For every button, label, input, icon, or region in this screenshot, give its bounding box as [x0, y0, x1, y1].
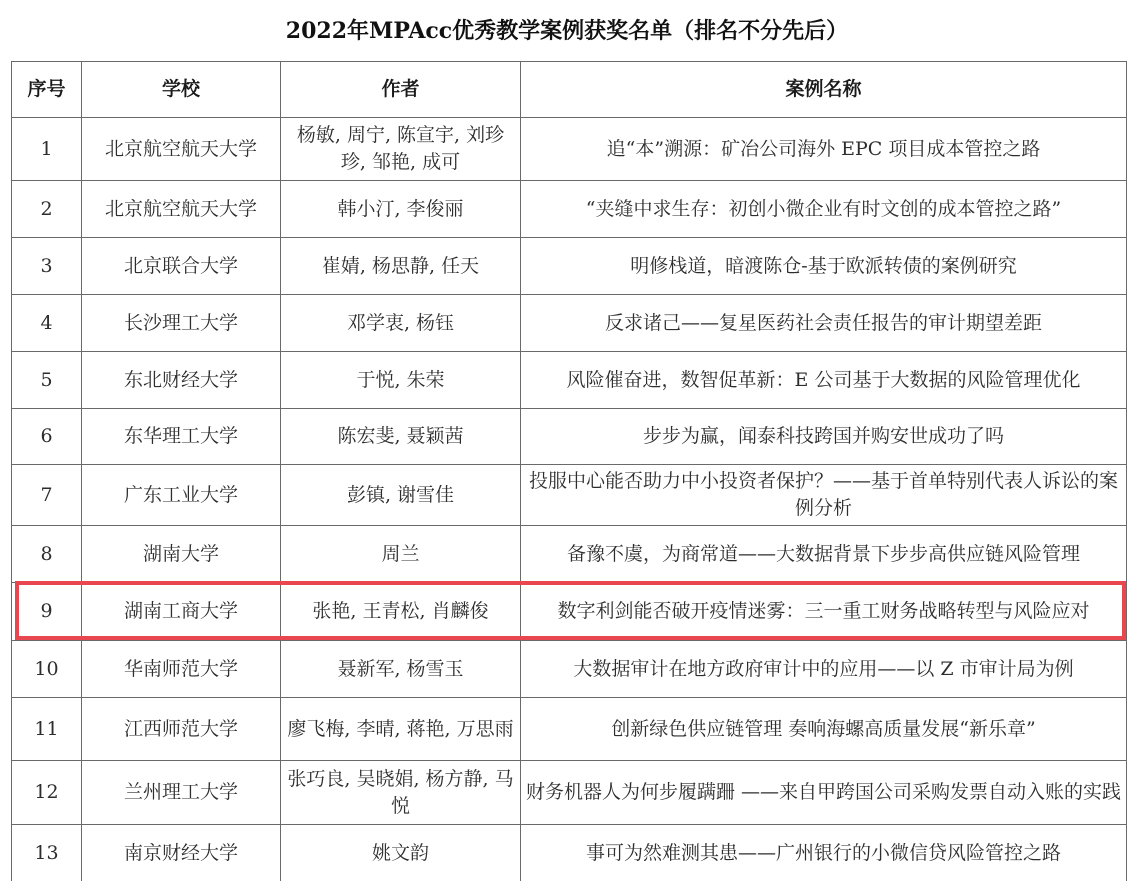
table-row: 10 华南师范大学 聂新军, 杨雪玉 大数据审计在地方政府审计中的应用——以 Z… [12, 641, 1127, 698]
cell-case-title: “夹缝中求生存：初创小微企业有时文创的成本管控之路” [521, 181, 1127, 238]
cell-authors: 杨敏, 周宁, 陈宣宇, 刘珍珍, 邹艳, 成可 [281, 118, 521, 181]
awards-table: 序号 学校 作者 案例名称 1 北京航空航天大学 杨敏, 周宁, 陈宣宇, 刘珍… [11, 61, 1127, 881]
cell-authors: 张巧良, 吴晓娟, 杨方静, 马悦 [281, 761, 521, 825]
cell-authors: 陈宏斐, 聂颖茜 [281, 409, 521, 465]
cell-no: 11 [12, 698, 82, 761]
cell-authors: 张艳, 王青松, 肖麟俊 [281, 583, 521, 641]
table-row: 12 兰州理工大学 张巧良, 吴晓娟, 杨方静, 马悦 财务机器人为何步履蹒跚 … [12, 761, 1127, 825]
cell-school: 华南师范大学 [82, 641, 281, 698]
cell-authors: 姚文韵 [281, 825, 521, 881]
cell-no: 8 [12, 526, 82, 583]
cell-authors: 周兰 [281, 526, 521, 583]
table-row: 4 长沙理工大学 邓学衷, 杨钰 反求诸己——复星医药社会责任报告的审计期望差距 [12, 295, 1127, 352]
cell-case-title: 创新绿色供应链管理 奏响海螺高质量发展“新乐章” [521, 698, 1127, 761]
cell-no: 4 [12, 295, 82, 352]
cell-case-title: 事可为然难测其患——广州银行的小微信贷风险管控之路 [521, 825, 1127, 881]
document-title: 2022年MPAcc优秀教学案例获奖名单（排名不分先后） [0, 14, 1134, 45]
cell-school: 北京航空航天大学 [82, 118, 281, 181]
cell-school: 湖南工商大学 [82, 583, 281, 641]
header-no: 序号 [12, 62, 82, 118]
cell-no: 2 [12, 181, 82, 238]
cell-no: 3 [12, 238, 82, 295]
cell-case-title: 大数据审计在地方政府审计中的应用——以 Z 市审计局为例 [521, 641, 1127, 698]
table-row: 13 南京财经大学 姚文韵 事可为然难测其患——广州银行的小微信贷风险管控之路 [12, 825, 1127, 881]
table-row: 2 北京航空航天大学 韩小汀, 李俊丽 “夹缝中求生存：初创小微企业有时文创的成… [12, 181, 1127, 238]
cell-school: 广东工业大学 [82, 465, 281, 526]
header-school: 学校 [82, 62, 281, 118]
cell-case-title: 数字利剑能否破开疫情迷雾：三一重工财务战略转型与风险应对 [521, 583, 1127, 641]
cell-authors: 崔婧, 杨思静, 任天 [281, 238, 521, 295]
table-row: 8 湖南大学 周兰 备豫不虞，为商常道——大数据背景下步步高供应链风险管理 [12, 526, 1127, 583]
table-body: 1 北京航空航天大学 杨敏, 周宁, 陈宣宇, 刘珍珍, 邹艳, 成可 追“本”… [12, 118, 1127, 881]
table-row: 5 东北财经大学 于悦, 朱荣 风险催奋进，数智促革新：E 公司基于大数据的风险… [12, 352, 1127, 409]
cell-no: 10 [12, 641, 82, 698]
cell-no: 5 [12, 352, 82, 409]
cell-no: 12 [12, 761, 82, 825]
cell-school: 湖南大学 [82, 526, 281, 583]
table-header-row: 序号 学校 作者 案例名称 [12, 62, 1127, 118]
cell-school: 北京联合大学 [82, 238, 281, 295]
cell-no: 13 [12, 825, 82, 881]
cell-authors: 于悦, 朱荣 [281, 352, 521, 409]
cell-case-title: 明修栈道，暗渡陈仓-基于欧派转债的案例研究 [521, 238, 1127, 295]
cell-case-title: 备豫不虞，为商常道——大数据背景下步步高供应链风险管理 [521, 526, 1127, 583]
table-row: 1 北京航空航天大学 杨敏, 周宁, 陈宣宇, 刘珍珍, 邹艳, 成可 追“本”… [12, 118, 1127, 181]
cell-school: 东北财经大学 [82, 352, 281, 409]
cell-case-title: 反求诸己——复星医药社会责任报告的审计期望差距 [521, 295, 1127, 352]
cell-authors: 廖飞梅, 李晴, 蒋艳, 万思雨 [281, 698, 521, 761]
cell-no: 7 [12, 465, 82, 526]
cell-authors: 韩小汀, 李俊丽 [281, 181, 521, 238]
header-authors: 作者 [281, 62, 521, 118]
cell-no: 1 [12, 118, 82, 181]
table-row: 6 东华理工大学 陈宏斐, 聂颖茜 步步为赢，闻泰科技跨国并购安世成功了吗 [12, 409, 1127, 465]
cell-case-title: 追“本”溯源：矿冶公司海外 EPC 项目成本管控之路 [521, 118, 1127, 181]
cell-case-title: 风险催奋进，数智促革新：E 公司基于大数据的风险管理优化 [521, 352, 1127, 409]
cell-school: 南京财经大学 [82, 825, 281, 881]
cell-authors: 聂新军, 杨雪玉 [281, 641, 521, 698]
cell-no: 9 [12, 583, 82, 641]
table-row: 7 广东工业大学 彭镇, 谢雪佳 投服中心能否助力中小投资者保护？——基于首单特… [12, 465, 1127, 526]
cell-school: 兰州理工大学 [82, 761, 281, 825]
cell-authors: 邓学衷, 杨钰 [281, 295, 521, 352]
cell-school: 江西师范大学 [82, 698, 281, 761]
cell-no: 6 [12, 409, 82, 465]
cell-case-title: 投服中心能否助力中小投资者保护？——基于首单特别代表人诉讼的案例分析 [521, 465, 1127, 526]
cell-case-title: 步步为赢，闻泰科技跨国并购安世成功了吗 [521, 409, 1127, 465]
cell-school: 东华理工大学 [82, 409, 281, 465]
table-row-highlighted: 9 湖南工商大学 张艳, 王青松, 肖麟俊 数字利剑能否破开疫情迷雾：三一重工财… [12, 583, 1127, 641]
cell-school: 长沙理工大学 [82, 295, 281, 352]
header-case-title: 案例名称 [521, 62, 1127, 118]
table-row: 3 北京联合大学 崔婧, 杨思静, 任天 明修栈道，暗渡陈仓-基于欧派转债的案例… [12, 238, 1127, 295]
cell-case-title: 财务机器人为何步履蹒跚 ——来自甲跨国公司采购发票自动入账的实践 [521, 761, 1127, 825]
table-row: 11 江西师范大学 廖飞梅, 李晴, 蒋艳, 万思雨 创新绿色供应链管理 奏响海… [12, 698, 1127, 761]
cell-authors: 彭镇, 谢雪佳 [281, 465, 521, 526]
cell-school: 北京航空航天大学 [82, 181, 281, 238]
